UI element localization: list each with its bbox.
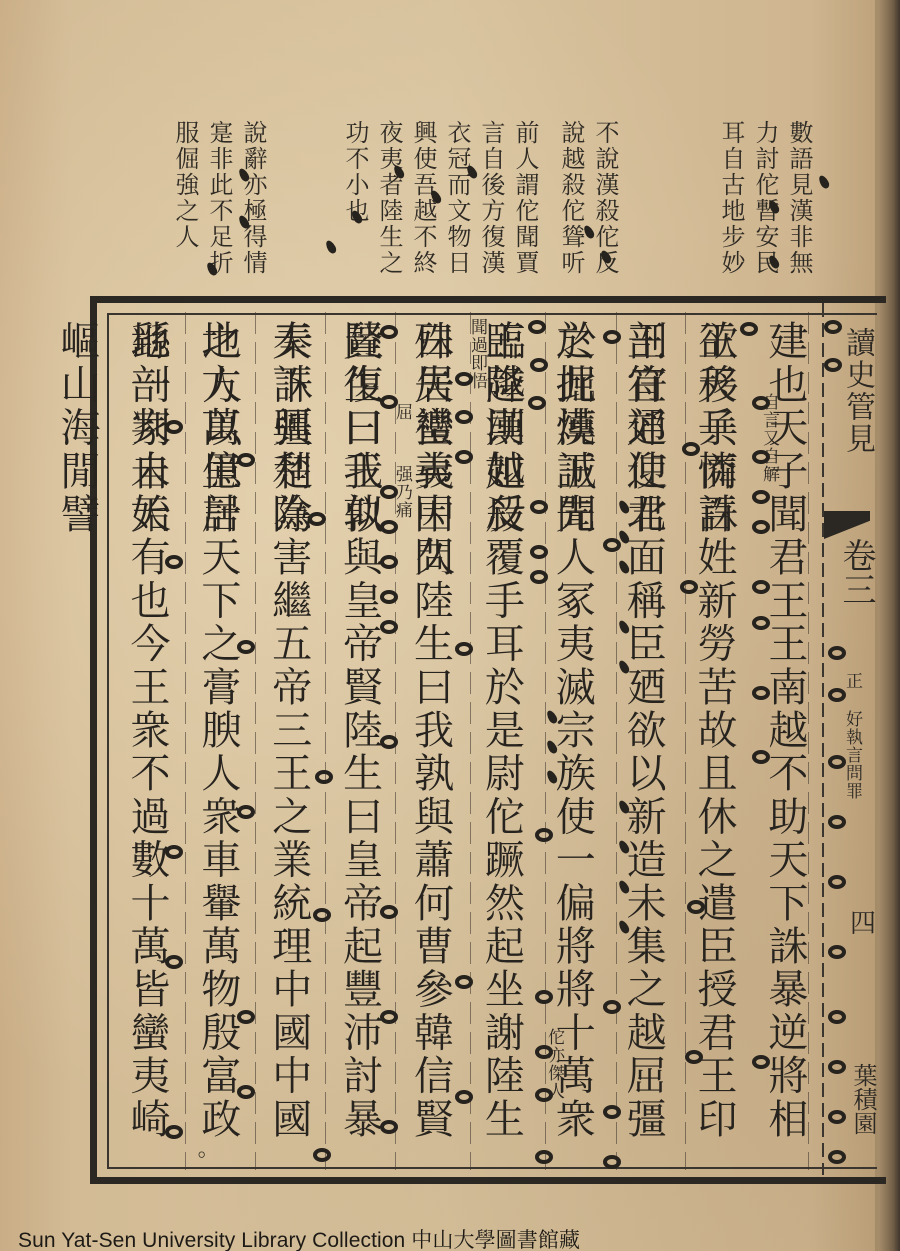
column-rule (685, 312, 686, 1170)
marginal-note: 數語見漢非無 (786, 120, 812, 295)
punctuation-circle-icon (603, 1105, 621, 1119)
punctuation-circle-icon (828, 755, 846, 769)
marginal-note: 耳自古地步妙 (718, 120, 744, 295)
punctuation-circle-icon (535, 828, 553, 842)
punctuation-circle-icon (603, 330, 621, 344)
publisher-name: 葉積園 (850, 1063, 876, 1135)
punctuation-circle-icon (380, 905, 398, 919)
marginal-note-group-2: 不說漢殺佗反 說越殺佗聳听 (558, 120, 618, 295)
marginal-note: 說越殺佗聳听 (558, 120, 584, 295)
punctuation-circle-icon (685, 1050, 703, 1064)
punctuation-circle-icon (313, 908, 331, 922)
punctuation-circle-icon (165, 955, 183, 969)
punctuation-circle-icon (380, 735, 398, 749)
punctuation-circle-icon (828, 1060, 846, 1074)
punctuation-circle-icon (682, 442, 700, 456)
punctuation-circle-icon (380, 325, 398, 339)
punctuation-circle-icon (603, 1000, 621, 1014)
main-text-body: 建也天子聞君王王南越不助天下誅暴逆將相欲移兵而誅 王天子憐百姓新勞苦故且休之遣臣… (112, 312, 820, 1170)
punctuation-circle-icon (752, 520, 770, 534)
book-title: 讀史管見 (842, 327, 872, 455)
punctuation-circle-icon (828, 1110, 846, 1124)
text-column-6: 殊失禮義因問陸生曰我孰與蕭何曹參韓信賢陸生曰王似 (396, 312, 466, 1170)
punctuation-circle-icon (237, 1010, 255, 1024)
marginal-note: 服倔強之人 (172, 120, 198, 295)
punctuation-circle-icon (455, 372, 473, 386)
punctuation-circle-icon (828, 1150, 846, 1164)
banxin-divider (822, 303, 824, 1175)
punctuation-circle-icon (237, 453, 255, 467)
punctuation-circle-icon (824, 358, 842, 372)
marginal-note: 功不小也 (342, 120, 368, 295)
text-column-10: 地剖判未始有也今王衆不過數十萬皆蠻夷崎嶇山海閒譬 (112, 312, 182, 1170)
text-column-9: 地方萬里居天下之膏腴人衆車轝萬物殷富政繇一家自天 (183, 312, 253, 1170)
marginal-note-group-1: 數語見漢非無 力討佗暫安民 耳自古地步妙 (718, 120, 812, 295)
volume-label: 卷三 (838, 538, 874, 606)
punctuation-circle-icon (535, 1045, 553, 1059)
punctuation-circle-icon (237, 640, 255, 654)
column-rule (808, 312, 809, 1170)
punctuation-circle-icon (380, 620, 398, 634)
marginal-note: 興使吾越不終 (410, 120, 436, 295)
column-rule (255, 312, 256, 1170)
punctuation-circle-icon (828, 815, 846, 829)
fishtail-mark-icon (824, 511, 870, 539)
punctuation-circle-icon (315, 770, 333, 784)
punctuation-circle-icon (828, 688, 846, 702)
punctuation-circle-icon (237, 1085, 255, 1099)
text-column-8: 天下興利除害繼五帝三王之業統理中國中國之人以億計 (254, 312, 324, 1170)
punctuation-circle-icon (752, 750, 770, 764)
page-number: 四 (850, 903, 876, 940)
punctuation-circle-icon (455, 450, 473, 464)
column-rule (325, 312, 326, 1170)
punctuation-circle-icon (380, 1010, 398, 1024)
punctuation-circle-icon (308, 512, 326, 526)
marginal-note: 不說漢殺佗反 (592, 120, 618, 295)
punctuation-circle-icon (528, 320, 546, 334)
punctuation-circle-icon (380, 555, 398, 569)
column-rule (616, 312, 617, 1170)
punctuation-circle-icon (237, 805, 255, 819)
interlinear-note: 正 (843, 672, 861, 690)
punctuation-circle-icon (380, 520, 398, 534)
punctuation-circle-icon (752, 396, 770, 410)
text-column-3: 王宜郊迎北面稱臣廼欲以新造未集之越屈彊於此漢誠聞 (608, 312, 678, 1170)
punctuation-circle-icon (313, 1148, 331, 1162)
text-column-2: 王天子憐百姓新勞苦故且休之遣臣授君王印剖符通使君 (679, 312, 749, 1170)
end-full-stop: 。 (184, 1150, 202, 1173)
punctuation-circle-icon (380, 590, 398, 604)
punctuation-circle-icon (455, 975, 473, 989)
punctuation-circle-icon (752, 450, 770, 464)
interlinear-note: 好執言問罪 (843, 710, 861, 800)
punctuation-circle-icon (603, 1155, 621, 1169)
punctuation-circle-icon (165, 845, 183, 859)
column-rule (185, 312, 186, 1170)
marginal-note-group-4: 說辭亦極得情 寔非此不足折 服倔強之人 (172, 120, 266, 295)
marginal-note: 說辭亦極得情 (240, 120, 266, 295)
punctuation-circle-icon (535, 1088, 553, 1102)
punctuation-circle-icon (530, 500, 548, 514)
punctuation-circle-icon (752, 580, 770, 594)
punctuation-circle-icon (824, 320, 842, 334)
punctuation-circle-icon (455, 410, 473, 424)
punctuation-circle-icon (380, 395, 398, 409)
library-credit: Sun Yat-Sen University Library Collectio… (18, 1224, 580, 1251)
punctuation-circle-icon (687, 900, 705, 914)
text-column-5: 王降漢如反覆手耳於是尉佗蹶然起坐謝陸生曰居蠻夷中久 (466, 312, 536, 1170)
marginal-note: 前人謂佗聞賈 (512, 120, 538, 295)
marginal-note: 言自後方復漢 (478, 120, 504, 295)
marginal-note-group-3: 前人謂佗聞賈 言自後方復漢 衣冠而文物日 興使吾越不終 夜夷者陸生之 功不小也 (342, 120, 538, 295)
punctuation-circle-icon (455, 642, 473, 656)
punctuation-circle-icon (752, 686, 770, 700)
marginal-note: 衣冠而文物日 (444, 120, 470, 295)
punctuation-circle-icon (528, 396, 546, 410)
punctuation-circle-icon (740, 322, 758, 336)
punctuation-circle-icon (828, 875, 846, 889)
punctuation-circle-icon (455, 1090, 473, 1104)
column-text: 地剖判未始有也今王衆不過數十萬皆蠻夷崎嶇山海閒譬 (42, 320, 182, 1170)
punctuation-circle-icon (603, 538, 621, 552)
punctuation-circle-icon (752, 490, 770, 504)
punctuation-circle-icon (380, 1120, 398, 1134)
punctuation-circle-icon (828, 945, 846, 959)
punctuation-circle-icon (828, 646, 846, 660)
punctuation-circle-icon (530, 570, 548, 584)
punctuation-circle-icon (380, 485, 398, 499)
column-rule (470, 312, 471, 1170)
punctuation-circle-icon (752, 1055, 770, 1069)
punctuation-circle-icon (530, 545, 548, 559)
punctuation-circle-icon (165, 1125, 183, 1139)
punctuation-circle-icon (530, 358, 548, 372)
punctuation-circle-icon (752, 616, 770, 630)
punctuation-circle-icon (165, 420, 183, 434)
punctuation-circle-icon (165, 555, 183, 569)
punctuation-circle-icon (535, 1150, 553, 1164)
punctuation-circle-icon (828, 1010, 846, 1024)
punctuation-circle-icon (535, 990, 553, 1004)
punctuation-circle-icon (680, 580, 698, 594)
marginal-note: 夜夷者陸生之 (376, 120, 402, 295)
